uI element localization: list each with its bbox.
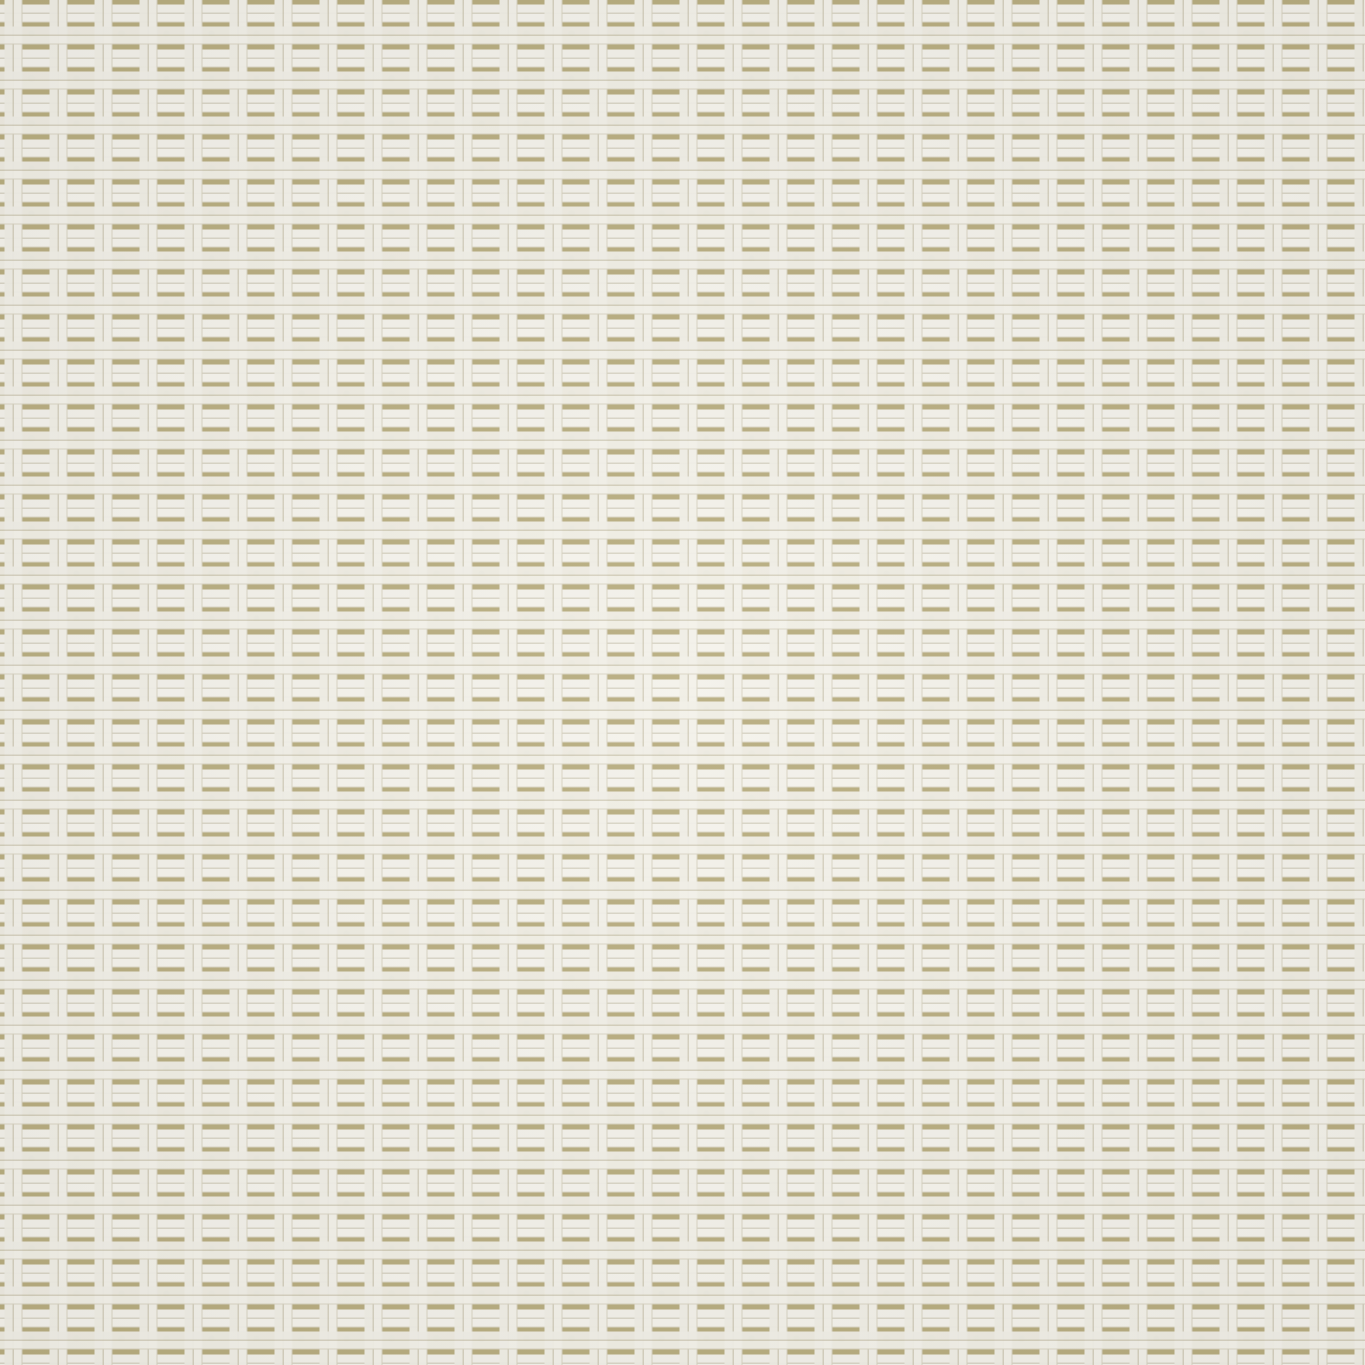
woven-fabric-texture [0,0,1365,1365]
lighting-overlay [0,0,1365,1365]
